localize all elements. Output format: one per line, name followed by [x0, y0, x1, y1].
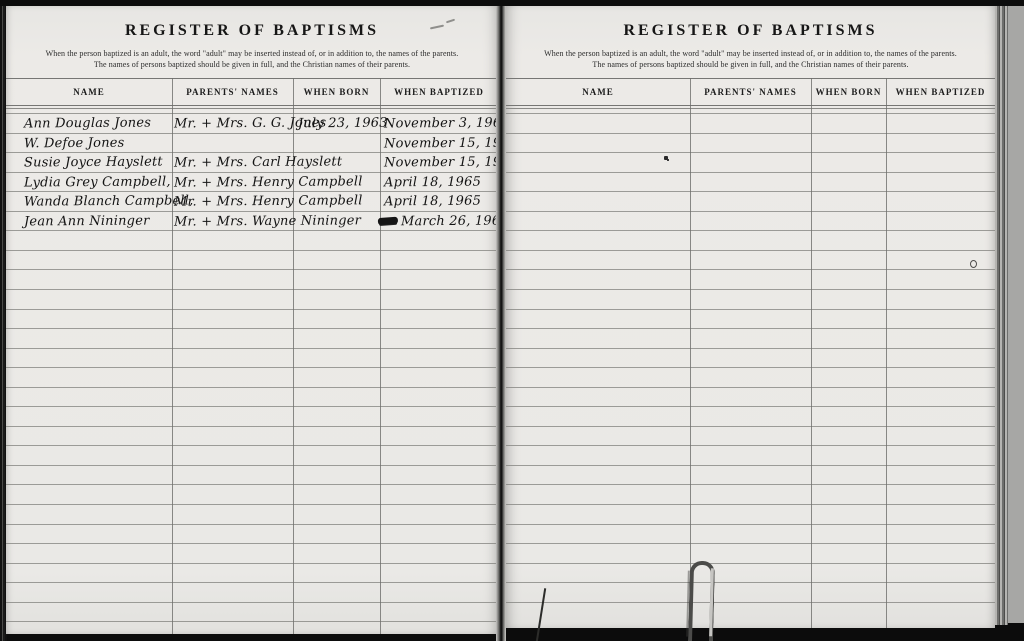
ruled-line [6, 602, 498, 603]
ruled-line [6, 289, 498, 290]
photo-backdrop-top [0, 0, 1024, 6]
entry-name: Lydia Grey Campbell, [24, 174, 171, 190]
ruled-line [6, 230, 498, 231]
column-divider [690, 78, 691, 628]
column-divider [380, 78, 381, 634]
entry-name: Ann Douglas Jones [24, 116, 151, 132]
photo-backdrop-right [1007, 3, 1024, 623]
ruled-line [6, 445, 498, 446]
strikeout-scribble [378, 216, 398, 225]
entry-parents-text: Mr. + Mrs. Henry Campbell [174, 194, 363, 210]
table-header-row: NAME PARENTS' NAMES WHEN BORN WHEN BAPTI… [506, 78, 995, 106]
instructions-line-1: When the person baptized is an adult, th… [6, 49, 498, 58]
stacked-page-edges [994, 5, 1008, 625]
entry-name: Jean Ann Nininger [24, 213, 150, 229]
column-divider [886, 78, 887, 628]
ink-speck [664, 156, 668, 160]
ruled-line [506, 465, 995, 466]
entry-name: Susie Joyce Hayslett [24, 155, 163, 171]
column-header-when-baptized: WHEN BAPTIZED [380, 79, 498, 105]
entry-born-text: July 23, 1963 [298, 116, 388, 132]
entry-parents: Mr. + Mrs. Henry Campbell [174, 174, 363, 190]
ruled-line [6, 269, 498, 270]
column-header-name: NAME [506, 79, 690, 105]
ruled-line [6, 563, 498, 564]
entry-name: W. Defoe Jones [24, 135, 125, 151]
ruled-line [6, 524, 498, 525]
entry-baptized: April 18, 1965 [384, 174, 481, 190]
entry-parents-text: Mr. + Mrs. Wayne Nininger [174, 213, 361, 229]
entry-parents: Mr. + Mrs. Wayne Nininger [174, 213, 361, 229]
ruled-line [506, 133, 995, 134]
entry-baptized-text: March 26, 1967 [401, 213, 509, 229]
ruled-line [506, 328, 995, 329]
ruled-line [6, 406, 498, 407]
ruled-line [6, 621, 498, 622]
ruled-line [6, 211, 498, 212]
register-page-right: REGISTER OF BAPTISMS When the person bap… [506, 6, 995, 628]
table-header-row: NAME PARENTS' NAMES WHEN BORN WHEN BAPTI… [6, 78, 498, 106]
column-header-when-born: WHEN BORN [293, 79, 380, 105]
ink-speck [970, 260, 977, 268]
entry-name-text: Susie Joyce Hayslett [24, 155, 163, 171]
column-header-when-born: WHEN BORN [811, 79, 886, 105]
ruled-line [506, 504, 995, 505]
entry-baptized-text: April 18, 1965 [384, 194, 481, 210]
entry-born: July 23, 1963 [298, 116, 388, 132]
column-header-parents-names: PARENTS' NAMES [690, 79, 811, 105]
entry-name: Wanda Blanch Campbell, [24, 194, 193, 210]
ruled-line [6, 465, 498, 466]
register-page-left: REGISTER OF BAPTISMS When the person bap… [6, 6, 498, 634]
ruled-line [6, 191, 498, 192]
ruled-line [6, 152, 498, 153]
ruled-line [6, 113, 498, 114]
ruled-line [6, 133, 498, 134]
ruled-line [6, 250, 498, 251]
ruled-line [506, 211, 995, 212]
ruled-line [6, 484, 498, 485]
entry-baptized: April 18, 1965 [384, 194, 481, 210]
ruled-line [6, 504, 498, 505]
entry-baptized-text: November 3, 1963 [384, 116, 510, 132]
column-header-parents-names: PARENTS' NAMES [172, 79, 293, 105]
entry-name-text: W. Defoe Jones [24, 135, 125, 151]
paper-clip-icon [688, 561, 715, 641]
ruled-line [506, 387, 995, 388]
entry-parents-text: Mr. + Mrs. Carl Hayslett [174, 155, 342, 171]
ruled-line [506, 524, 995, 525]
ruled-line [506, 309, 995, 310]
page-title: REGISTER OF BAPTISMS [6, 22, 498, 40]
ruled-line [506, 230, 995, 231]
entry-baptized: November 3, 1963 [384, 116, 510, 132]
ruled-line [506, 269, 995, 270]
header-double-rule [506, 108, 995, 109]
entry-parents-text: Mr. + Mrs. Henry Campbell [174, 174, 363, 190]
instructions-line-2: The names of persons baptized should be … [6, 60, 498, 69]
ruled-line [506, 406, 995, 407]
column-header-when-baptized: WHEN BAPTIZED [886, 79, 995, 105]
entry-parents: Mr. + Mrs. Henry Campbell [174, 194, 363, 210]
entry-name-text: Wanda Blanch Campbell, [24, 194, 193, 210]
ruled-line [506, 191, 995, 192]
ruled-line [6, 426, 498, 427]
scanned-register-photo: REGISTER OF BAPTISMS When the person bap… [0, 0, 1024, 641]
ruled-line [506, 289, 995, 290]
book-gutter [496, 0, 506, 641]
column-header-name: NAME [6, 79, 172, 105]
ruled-line [506, 602, 995, 603]
ruled-line [6, 387, 498, 388]
ruled-line [506, 348, 995, 349]
ruled-line [506, 172, 995, 173]
ruled-line [506, 445, 995, 446]
entry-name-text: Ann Douglas Jones [24, 116, 151, 132]
ruled-line [6, 328, 498, 329]
ruled-line [6, 172, 498, 173]
ruled-line [506, 152, 995, 153]
ruled-line [506, 113, 995, 114]
ruled-line [6, 309, 498, 310]
entry-name-text: Jean Ann Nininger [24, 213, 150, 229]
column-divider [811, 78, 812, 628]
entry-baptized: March 26, 1967 [378, 213, 509, 229]
ruled-line [6, 543, 498, 544]
ruled-line [506, 582, 995, 583]
ruled-line [6, 582, 498, 583]
page-title: REGISTER OF BAPTISMS [506, 22, 995, 40]
header-double-rule [6, 108, 498, 109]
ruled-line [506, 426, 995, 427]
entry-name-text: Lydia Grey Campbell, [24, 174, 171, 190]
ruled-line [506, 367, 995, 368]
entry-parents: Mr. + Mrs. Carl Hayslett [174, 155, 342, 171]
ruled-line [6, 348, 498, 349]
entry-baptized-text: April 18, 1965 [384, 174, 481, 190]
ruled-line [506, 250, 995, 251]
instructions-line-1: When the person baptized is an adult, th… [506, 49, 995, 58]
ruled-line [506, 563, 995, 564]
ruled-line [506, 484, 995, 485]
ruled-line [6, 367, 498, 368]
column-divider [172, 78, 173, 634]
ruled-line [506, 543, 995, 544]
instructions-line-2: The names of persons baptized should be … [506, 60, 995, 69]
